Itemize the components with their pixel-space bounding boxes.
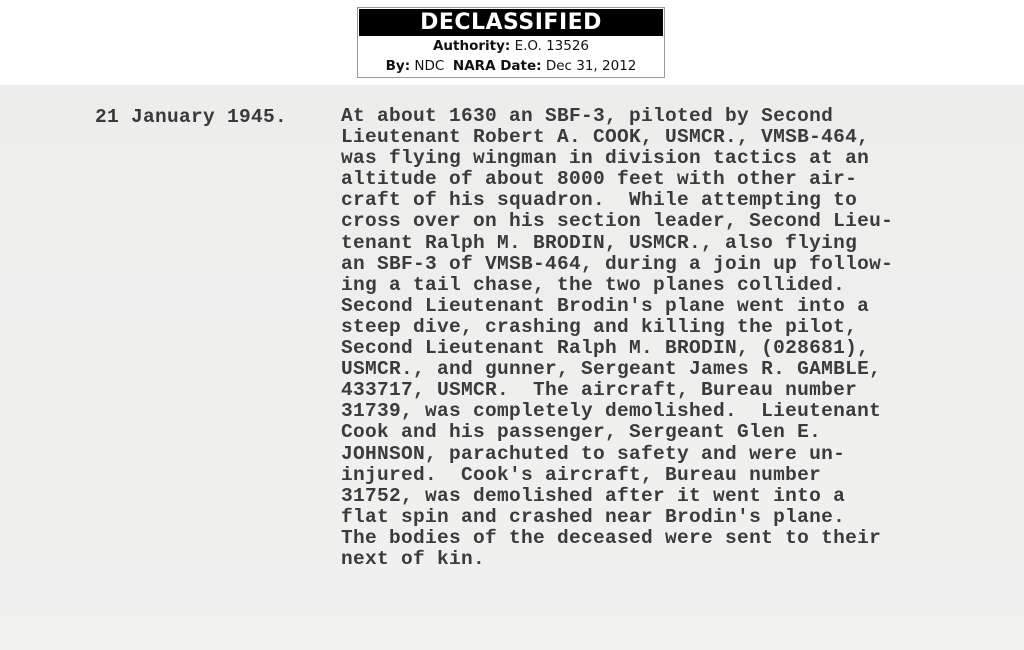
text-line: 31752, was demolished after it went into… <box>341 486 1021 507</box>
text-line: Cook and his passenger, Sergeant Glen E. <box>341 422 1021 443</box>
authority-value: E.O. 13526 <box>515 38 589 54</box>
text-line: Lieutenant Robert A. COOK, USMCR., VMSB-… <box>341 127 1021 148</box>
nara-date-label: NARA Date: <box>453 58 542 74</box>
text-line: flat spin and crashed near Brodin's plan… <box>341 507 1021 528</box>
stamp-authority: Authority: E.O. 13526 <box>358 36 664 56</box>
entry-body: At about 1630 an SBF-3, piloted by Secon… <box>341 106 1021 570</box>
text-line: an SBF-3 of VMSB-464, during a join up f… <box>341 254 1021 275</box>
text-line: craft of his squadron. While attempting … <box>341 190 1021 211</box>
declassified-stamp: DECLASSIFIED Authority: E.O. 13526 By: N… <box>357 7 665 78</box>
stamp-title: DECLASSIFIED <box>359 9 663 36</box>
stamp-by-date: By: NDC NARA Date: Dec 31, 2012 <box>358 56 664 76</box>
text-line: was flying wingman in division tactics a… <box>341 148 1021 169</box>
text-line: tenant Ralph M. BRODIN, USMCR., also fly… <box>341 233 1021 254</box>
text-line: USMCR., and gunner, Sergeant James R. GA… <box>341 359 1021 380</box>
text-line: next of kin. <box>341 549 1021 570</box>
nara-date-value: Dec 31, 2012 <box>546 58 637 74</box>
entry-date: 21 January 1945. <box>95 106 287 128</box>
text-line: JOHNSON, parachuted to safety and were u… <box>341 444 1021 465</box>
text-line: The bodies of the deceased were sent to … <box>341 528 1021 549</box>
text-line: steep dive, crashing and killing the pil… <box>341 317 1021 338</box>
text-line: Second Lieutenant Brodin's plane went in… <box>341 296 1021 317</box>
authority-label: Authority: <box>433 38 510 54</box>
text-line: 433717, USMCR. The aircraft, Bureau numb… <box>341 380 1021 401</box>
by-label: By: <box>386 58 411 74</box>
text-line: Second Lieutenant Ralph M. BRODIN, (0286… <box>341 338 1021 359</box>
text-line: altitude of about 8000 feet with other a… <box>341 169 1021 190</box>
text-line: ing a tail chase, the two planes collide… <box>341 275 1021 296</box>
text-line: cross over on his section leader, Second… <box>341 211 1021 232</box>
text-line: injured. Cook's aircraft, Bureau number <box>341 465 1021 486</box>
text-line: At about 1630 an SBF-3, piloted by Secon… <box>341 106 1021 127</box>
by-value: NDC <box>414 58 444 74</box>
text-line: 31739, was completely demolished. Lieute… <box>341 401 1021 422</box>
